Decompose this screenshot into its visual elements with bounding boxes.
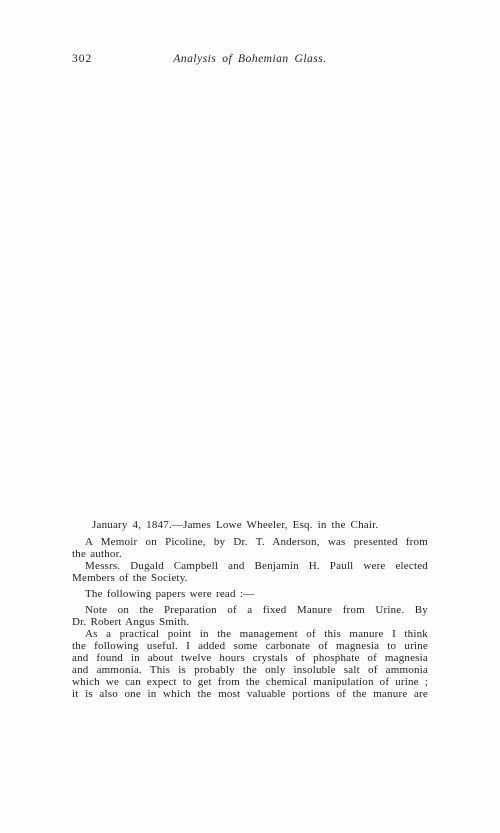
text-line: which we can expect to get from the chem… bbox=[72, 676, 428, 688]
text-line: The following papers were read :— bbox=[72, 588, 428, 600]
date-line: January 4, 1847.—James Lowe Wheeler, Esq… bbox=[72, 519, 428, 531]
running-title: Analysis of Bohemian Glass. bbox=[72, 53, 428, 65]
page-header: 302 Analysis of Bohemian Glass. bbox=[72, 53, 428, 69]
text-line: the following useful. I added some carbo… bbox=[72, 640, 428, 652]
text-line: Members of the Society. bbox=[72, 572, 428, 584]
page-body: January 4, 1847.—James Lowe Wheeler, Esq… bbox=[72, 519, 428, 700]
text-line: and found in about twelve hours crystals… bbox=[72, 652, 428, 664]
paper-title-line: Note on the Preparation of a fixed Manur… bbox=[72, 604, 428, 616]
text-line: it is also one in which the most valuabl… bbox=[72, 688, 428, 700]
text-line: As a practical point in the management o… bbox=[72, 628, 428, 640]
page-number: 302 bbox=[72, 53, 92, 65]
text-line: and ammonia. This is probably the only i… bbox=[72, 664, 428, 676]
scanned-journal-page: 302 Analysis of Bohemian Glass. January … bbox=[0, 0, 500, 833]
text-line: Messrs. Dugald Campbell and Benjamin H. … bbox=[72, 560, 428, 572]
text-line: A Memoir on Picoline, by Dr. T. Anderson… bbox=[72, 536, 428, 548]
paper-author-line: Dr. Robert Angus Smith. bbox=[72, 616, 428, 628]
text-line: the author. bbox=[72, 548, 428, 560]
